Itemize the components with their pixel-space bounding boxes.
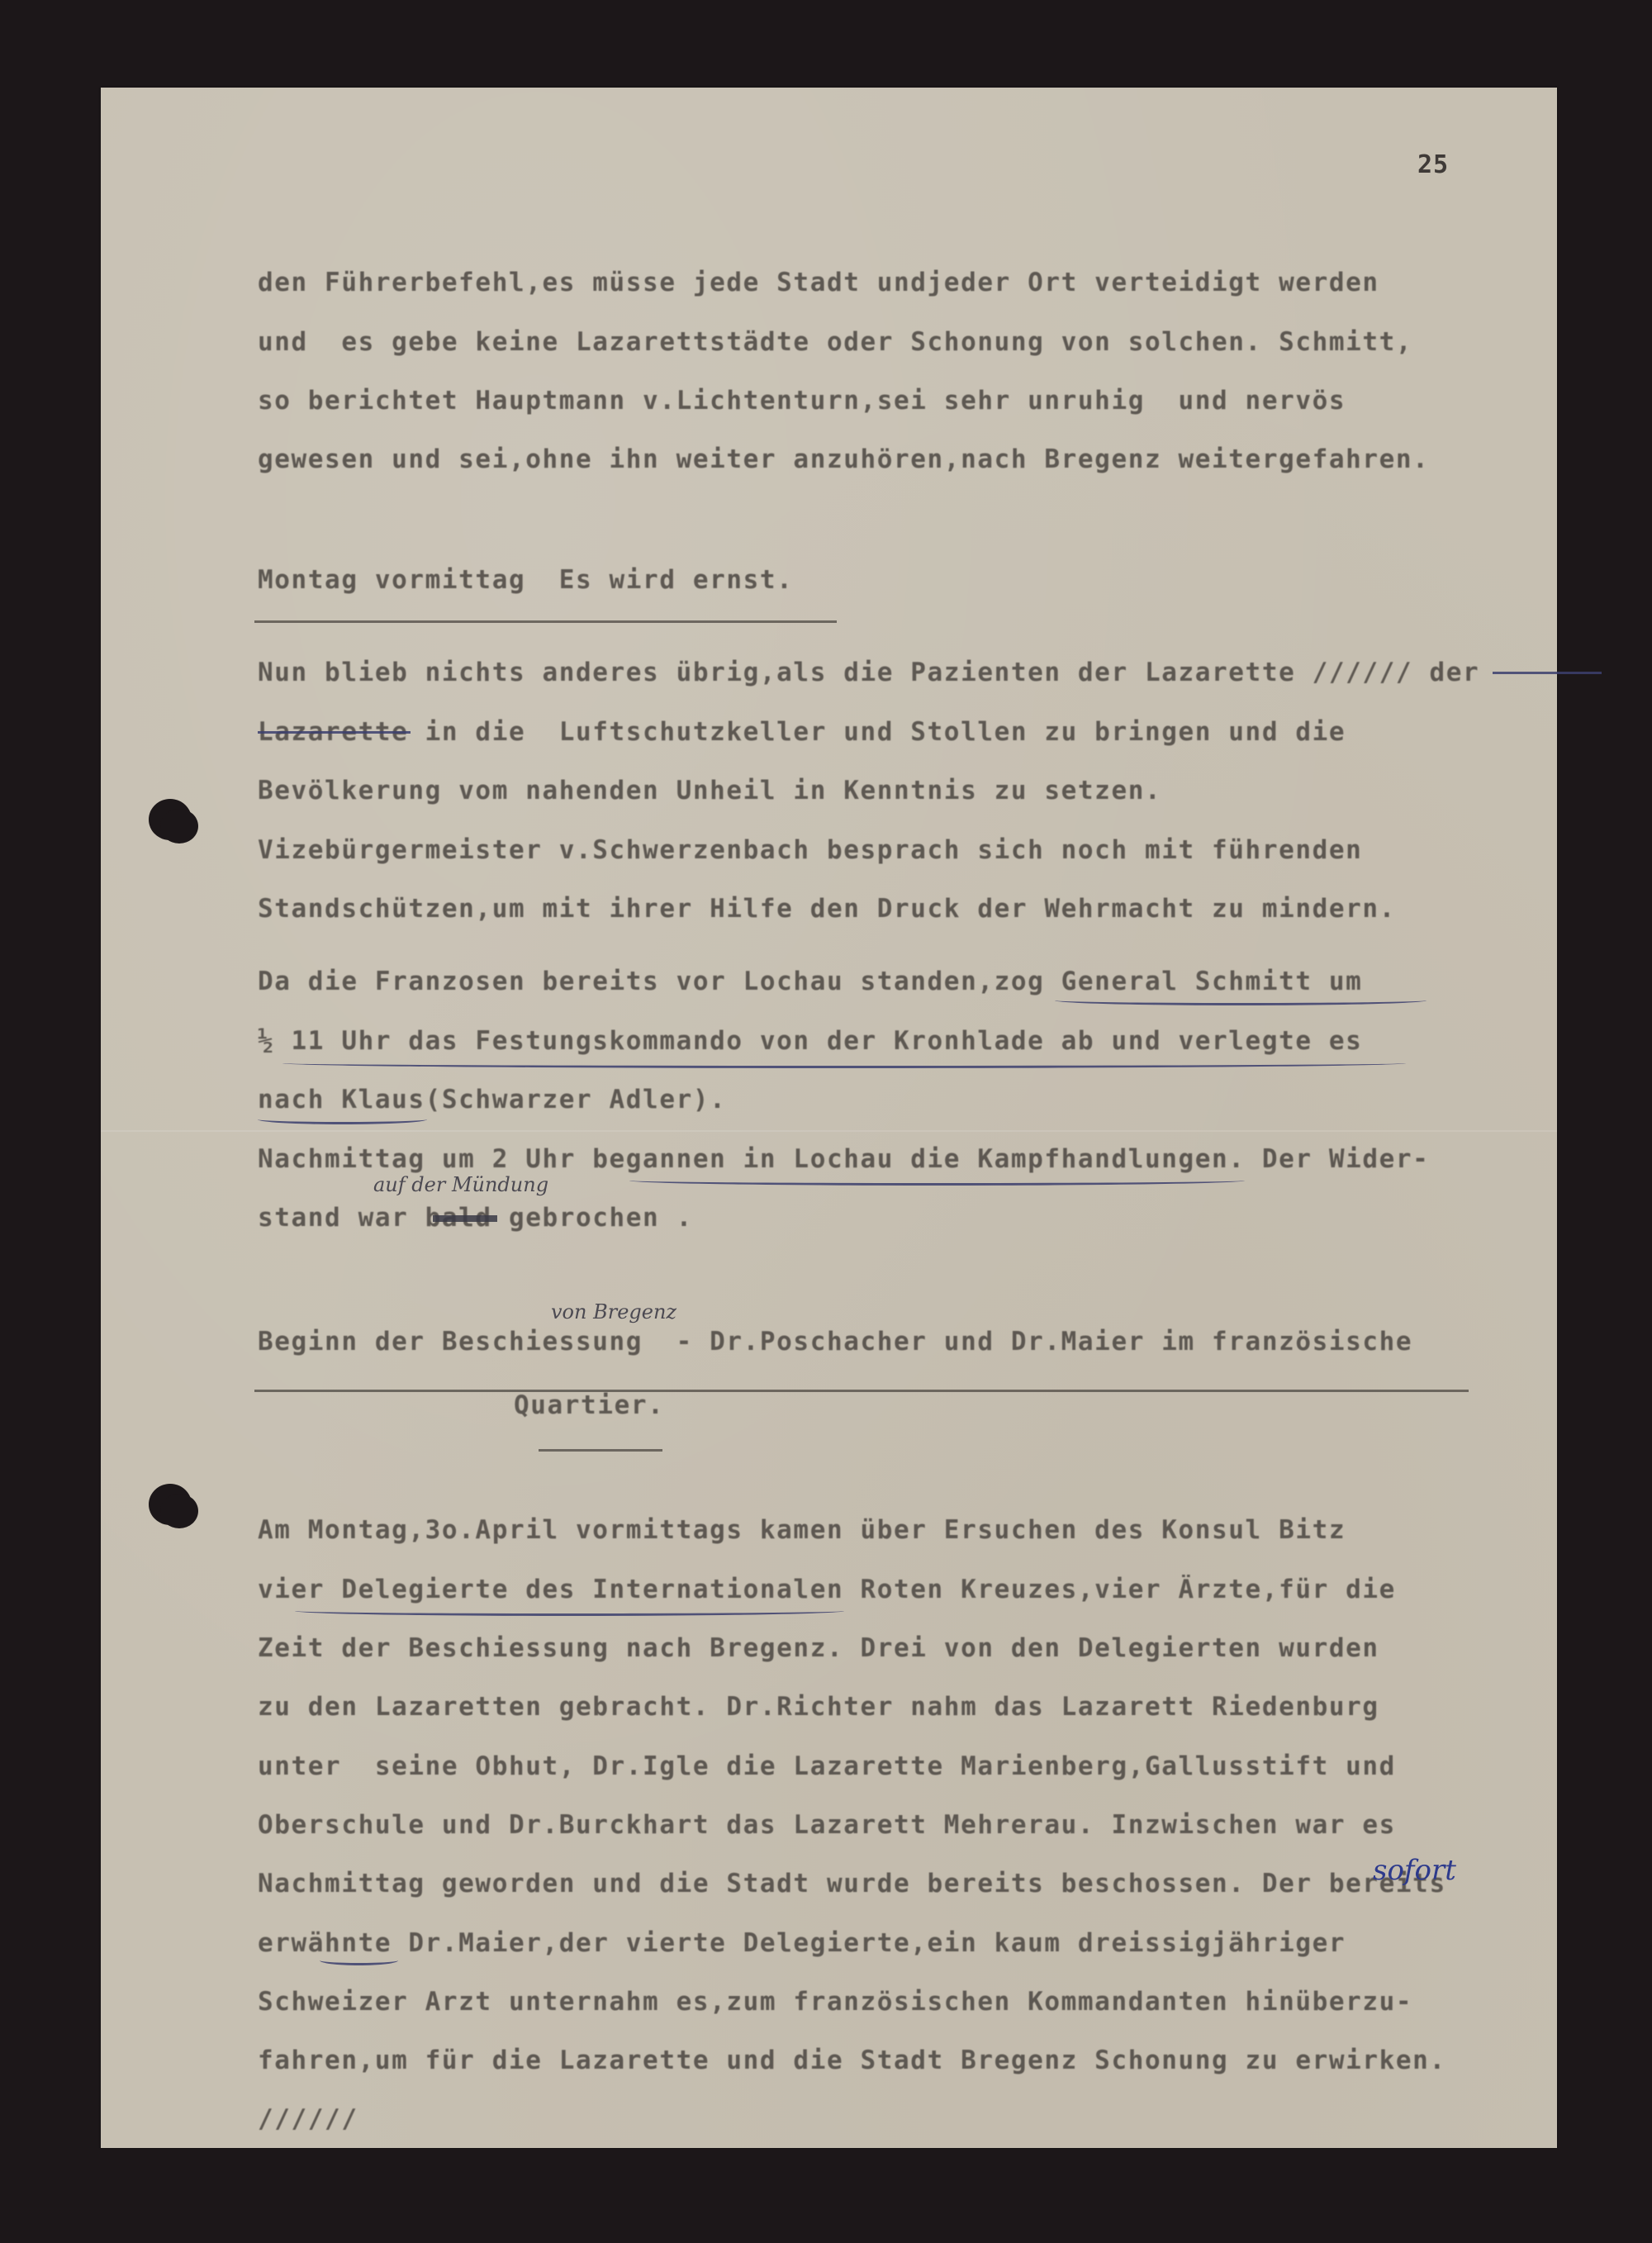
page-number: 25	[1417, 150, 1449, 179]
pen-underline	[629, 1175, 1245, 1186]
heading-underline	[254, 620, 837, 623]
pen-underline	[295, 1604, 844, 1616]
handwritten-insertion: von Bregenz	[551, 1300, 676, 1323]
section-heading: Beginn der Beschiessung - Dr.Poschacher …	[258, 1327, 1412, 1357]
binder-hole-bottom	[149, 1484, 192, 1525]
text-line: vier Delegierte des Internationalen Rote…	[258, 1575, 1396, 1604]
text-line: gewesen und sei,ohne ihn weiter anzuhöre…	[258, 444, 1429, 474]
heading-underline	[254, 1390, 1469, 1392]
text-line: den Führerbefehl,es müsse jede Stadt und…	[258, 268, 1379, 297]
pen-strikethrough	[1493, 672, 1602, 674]
text-line: Bevölkerung vom nahenden Unheil in Kennt…	[258, 776, 1161, 805]
text-line: ½ 11 Uhr das Festungskommando von der Kr…	[258, 1026, 1362, 1056]
text-line: Da die Franzosen bereits vor Lochau stan…	[258, 967, 1362, 996]
text-line: Zeit der Beschiessung nach Bregenz. Drei…	[258, 1633, 1379, 1663]
pen-underline	[258, 1115, 427, 1124]
heading-underline	[539, 1449, 662, 1452]
pen-underline	[1055, 995, 1427, 1005]
text-line: Standschützen,um mit ihrer Hilfe den Dru…	[258, 894, 1396, 924]
text-line: Nachmittag geworden und die Stadt wurde …	[258, 1869, 1446, 1898]
text-line: fahren,um für die Lazarette und die Stad…	[258, 2046, 1446, 2075]
text-line: Vizebürgermeister v.Schwerzenbach bespra…	[258, 835, 1362, 865]
text-line: Nachmittag um 2 Uhr begannen in Lochau d…	[258, 1144, 1429, 1174]
text-line: erwähnte Dr.Maier,der vierte Delegierte,…	[258, 1928, 1346, 1958]
handwritten-correction: sofort	[1373, 1854, 1456, 1887]
text-line: Lazarette in die Luftschutzkeller und St…	[258, 717, 1346, 747]
typed-strikeout	[433, 1215, 497, 1222]
section-heading-continuation: Quartier.	[514, 1390, 664, 1420]
text-line: so berichtet Hauptmann v.Lichtenturn,sei…	[258, 386, 1346, 416]
typed-strikeout-marks: //////	[258, 2104, 358, 2134]
text-line: Nun blieb nichts anderes übrig,als die P…	[258, 658, 1479, 687]
document-page: 25 den Führerbefehl,es müsse jede Stadt …	[101, 88, 1557, 2148]
pen-underline	[320, 1958, 398, 1965]
pen-strikethrough	[258, 731, 411, 734]
text-line: und es gebe keine Lazarettstädte oder Sc…	[258, 327, 1412, 357]
text-line: Oberschule und Dr.Burckhart das Lazarett…	[258, 1810, 1396, 1840]
handwritten-insertion: auf der Mündung	[373, 1173, 548, 1196]
section-heading: Montag vormittag Es wird ernst.	[258, 565, 793, 595]
text-line: zu den Lazaretten gebracht. Dr.Richter n…	[258, 1692, 1379, 1722]
text-line: nach Klaus(Schwarzer Adler).	[258, 1085, 726, 1114]
text-line: Schweizer Arzt unternahm es,zum französi…	[258, 1987, 1412, 2017]
paper-fold	[101, 1130, 1557, 1132]
binder-hole-top	[149, 799, 192, 840]
text-line: unter seine Obhut, Dr.Igle die Lazarette…	[258, 1751, 1396, 1781]
pen-underline	[282, 1054, 1406, 1068]
text-line: Am Montag,3o.April vormittags kamen über…	[258, 1515, 1346, 1545]
